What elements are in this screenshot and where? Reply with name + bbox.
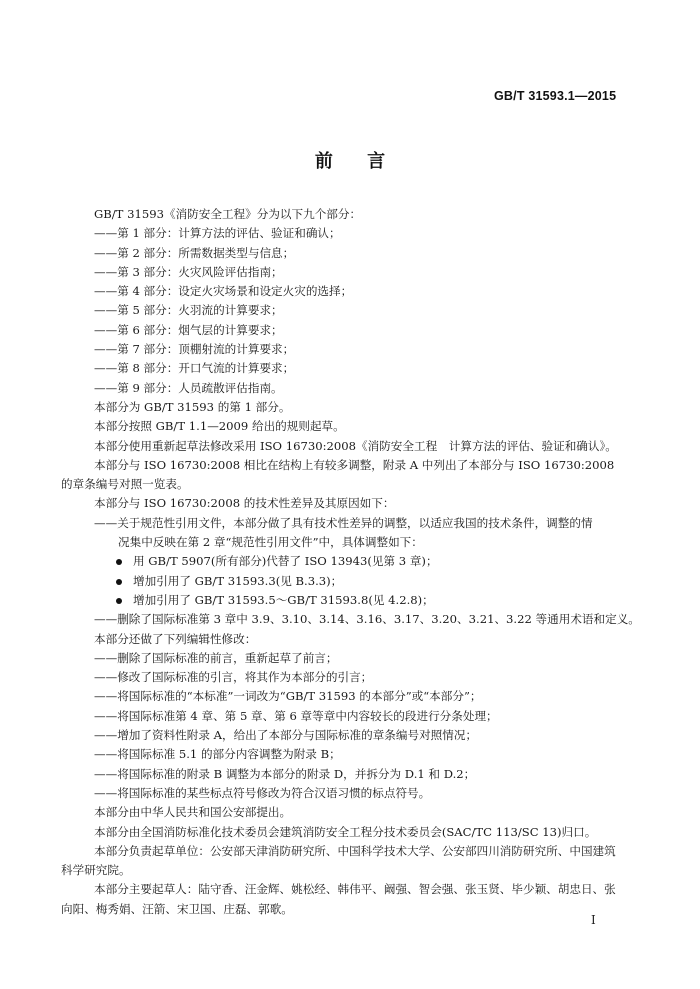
page-title: 前 言 xyxy=(0,147,700,173)
paragraph: 本部分主要起草人：陆守香、汪金辉、姚松经、韩伟平、阚强、智会强、张玉贤、毕少颖、… xyxy=(61,880,619,919)
edit-item: ——删除了国际标准的前言，重新起草了前言； xyxy=(61,649,619,668)
paragraph: 本部分使用重新起草法修改采用 ISO 16730:2008《消防安全工程 计算方… xyxy=(61,437,619,456)
bullet-item: 增加引用了 GB/T 31593.3(见 B.3.3)； xyxy=(61,572,619,591)
part-item: ——第 1 部分：计算方法的评估、验证和确认； xyxy=(61,224,619,243)
paragraph: 本部分由全国消防标准化技术委员会建筑消防安全工程分技术委员会(SAC/TC 11… xyxy=(61,823,619,842)
paragraph: 本部分负责起草单位：公安部天津消防研究所、中国科学技术大学、公安部四川消防研究所… xyxy=(61,842,619,881)
bullet-item: 用 GB/T 5907(所有部分)代替了 ISO 13943(见第 3 章)； xyxy=(61,552,619,571)
part-item: ——第 7 部分：顶棚射流的计算要求； xyxy=(61,340,619,359)
bullet-item: 增加引用了 GB/T 31593.5～GB/T 31593.8(见 4.2.8)… xyxy=(61,591,619,610)
bullet-dot-icon xyxy=(116,579,122,585)
edit-item: ——将国际标准第 4 章、第 5 章、第 6 章等章中内容较长的段进行分条处理； xyxy=(61,707,619,726)
paragraph: 本部分还做了下列编辑性修改： xyxy=(61,630,619,649)
edit-item: ——将国际标准 5.1 的部分内容调整为附录 B； xyxy=(61,745,619,764)
edit-item: ——将国际标准的某些标点符号修改为符合汉语习惯的标点符号。 xyxy=(61,784,619,803)
part-item: ——第 3 部分：火灾风险评估指南； xyxy=(61,263,619,282)
part-item: ——第 6 部分：烟气层的计算要求； xyxy=(61,321,619,340)
paragraph: 本部分与 ISO 16730:2008 的技术性差异及其原因如下： xyxy=(61,494,619,513)
page-number: I xyxy=(591,913,596,927)
paragraph: 本部分为 GB/T 31593 的第 1 部分。 xyxy=(61,398,619,417)
tech-diff-item-continued: 况集中反映在第 2 章“规范性引用文件”中，具体调整如下： xyxy=(61,533,619,552)
edit-item: ——修改了国际标准的引言，将其作为本部分的引言； xyxy=(61,668,619,687)
tech-diff-item: ——关于规范性引用文件，本部分做了具有技术性差异的调整，以适应我国的技术条件，调… xyxy=(61,514,619,533)
edit-item: ——增加了资料性附录 A，给出了本部分与国际标准的章条编号对照情况； xyxy=(61,726,619,745)
standard-code: GB/T 31593.1—2015 xyxy=(494,89,616,103)
part-item: ——第 9 部分：人员疏散评估指南。 xyxy=(61,379,619,398)
intro-paragraph: GB/T 31593《消防安全工程》分为以下九个部分： xyxy=(61,205,619,224)
bullet-dot-icon xyxy=(116,598,122,604)
part-item: ——第 5 部分：火羽流的计算要求； xyxy=(61,301,619,320)
foreword-body: GB/T 31593《消防安全工程》分为以下九个部分： ——第 1 部分：计算方… xyxy=(61,205,619,919)
edit-item: ——将国际标准的附录 B 调整为本部分的附录 D，并拆分为 D.1 和 D.2； xyxy=(61,765,619,784)
paragraph: 本部分由中华人民共和国公安部提出。 xyxy=(61,803,619,822)
paragraph: 本部分与 ISO 16730:2008 相比在结构上有较多调整，附录 A 中列出… xyxy=(61,456,619,495)
tech-diff-item: ——删除了国际标准第 3 章中 3.9、3.10、3.14、3.16、3.17、… xyxy=(61,610,619,629)
title-char-2: 言 xyxy=(367,147,385,173)
edit-item: ——将国际标准的“本标准”一词改为“GB/T 31593 的本部分”或“本部分”… xyxy=(61,687,619,706)
paragraph: 本部分按照 GB/T 1.1—2009 给出的规则起草。 xyxy=(61,417,619,436)
part-item: ——第 2 部分：所需数据类型与信息； xyxy=(61,244,619,263)
part-item: ——第 4 部分：设定火灾场景和设定火灾的选择； xyxy=(61,282,619,301)
part-item: ——第 8 部分：开口气流的计算要求； xyxy=(61,359,619,378)
title-char-1: 前 xyxy=(315,147,333,173)
